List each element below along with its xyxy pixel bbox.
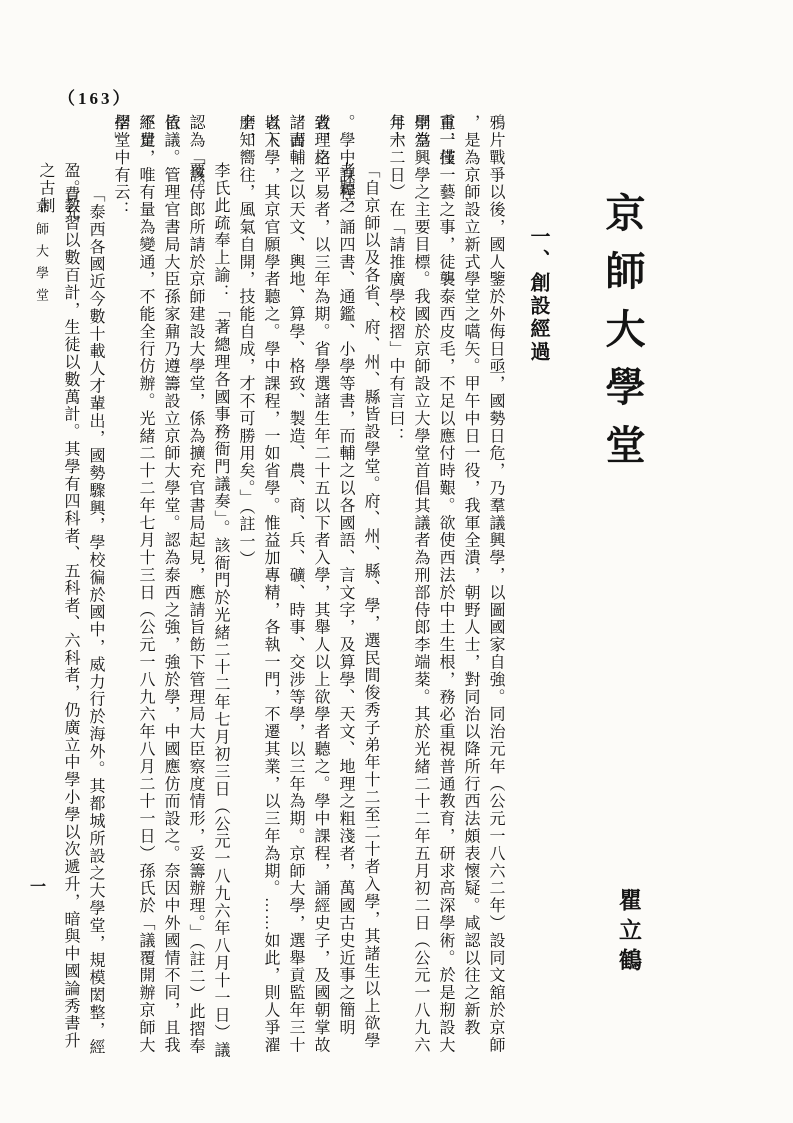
margin-page-number: 一 (30, 874, 46, 897)
text-column: 致理之平易者，以三年為期。省學選諸生年二十五以下者入學，其舉人以上欲學者聽之。學… (308, 114, 333, 1059)
text-column: 盈。教習以數百計，生徒以數萬計。其學有四科者、五科者、六科者，仍廣立中學小學以次… (58, 162, 83, 1059)
text-column: 士知嚮往，風氣自開，技能自成，才不可勝用矣。」（註一） (233, 114, 258, 1059)
text-column: 不足，唯有量為變通，不能全行仿辦。光緒二十二年七月十三日（公元一八九六年八月二十… (133, 114, 158, 1059)
text-column: 「自京師以及各省、府、州、縣皆設學堂。府、州、縣、學，選民間俊秀子弟年十二至二十… (358, 162, 383, 1059)
section-heading: 一、創設經過 (524, 226, 553, 386)
text-column: 。學中課程，誦四書、通鑑、小學等書，而輔之以各國語、言文字，及算學、天文、地理之… (333, 114, 358, 1059)
text-column: 則為興學之主要目標。我國於京師設立大學堂首倡其議者為刑部侍郎李端棻。其於光緒二十… (408, 114, 433, 1059)
text-column: ，而輔之以天文、輿地、算學、格致、製造、農、商、兵、礦、時事、交涉等學，以三年為… (283, 114, 308, 1059)
scanned-page: （163） 京師大學堂 一 京師大學堂 瞿立鶴 一、創設經過 鴉片戰爭以後，國人… (0, 0, 793, 1123)
text-column: 鴉片戰爭以後，國人鑒於外侮日亟，國勢日危，乃羣議興學，以圖國家自強。同治元年（公… (483, 114, 508, 1059)
text-column: ，是為京師設立新式學堂之嚆矢。甲午中日一役，我軍全潰，朝野人士，對同治以降所行西… (458, 114, 483, 1059)
text-column: 者入學，其京官願學者聽之。學中課程，一如省學。惟益加專精，各執一門，不遷其業，以… (258, 114, 283, 1059)
spine-label: 京師大學堂 (32, 200, 51, 340)
text-column: 認為「該侍郎所請於京師建設大學堂，係為擴充官書局起見，應請旨飭下管理局大臣察度情… (183, 114, 208, 1059)
text-column: 月十二日）在「請推廣學校摺」中有言曰： (383, 114, 408, 1059)
text-column: 李氏此疏奉上諭：「著總理各國事務衙門議奏」。該衙門於光緒二十二年七月初三日（公元… (208, 162, 233, 1059)
folio-number: （163） (58, 84, 133, 109)
text-column: 依議。管理官書局大臣孫家鼐乃遵籌設立京師大學堂。認為泰西之強，強於學，中國應仿而… (158, 114, 183, 1059)
book-title: 京師大學堂 (594, 192, 651, 512)
text-column: 重一技一藝之事，徒襲泰西皮毛，不足以應付時艱。欲使西法於中土生根，務必重視普通教… (433, 114, 458, 1059)
author-name: 瞿立鶴 (612, 888, 645, 998)
body-text: 鴉片戰爭以後，國人鑒於外侮日亟，國勢日危，乃羣議興學，以圖國家自強。同治元年（公… (58, 114, 508, 1059)
text-column: 「泰西各國近今數十載人才輩出，國勢驟興，學校徧於國中，威力行於海外。其都城所設之… (83, 186, 108, 1059)
text-column: 摺」中有云： (108, 114, 133, 1059)
